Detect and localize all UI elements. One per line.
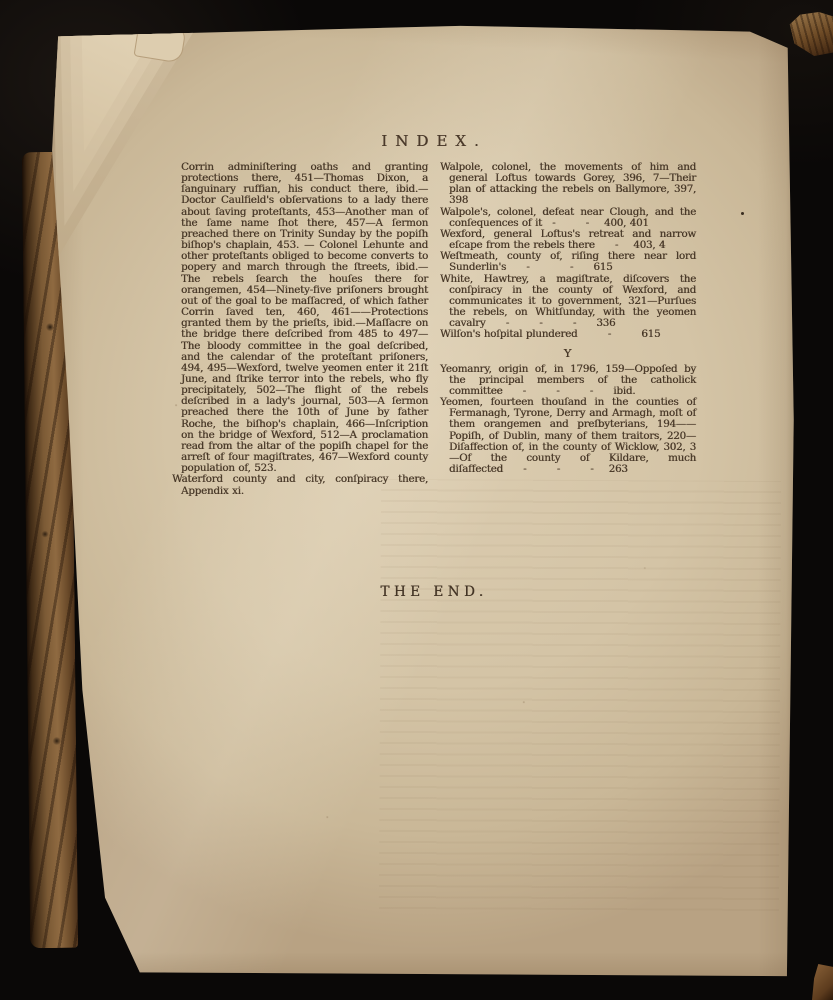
index-entry: Weſtmeath, county of, riſing there near …	[440, 251, 696, 273]
book-page: INDEX. Corrin adminiſtering oaths and gr…	[40, 22, 796, 980]
index-columns: Corrin adminiſtering oaths and granting …	[172, 162, 696, 497]
index-entry: Waterford county and city, conſpiracy th…	[172, 474, 428, 496]
page-heading: INDEX.	[172, 132, 696, 150]
index-entry: Wexford, general Loftus's retreat and na…	[440, 229, 696, 251]
index-entry: Walpole, colonel, the movements of him a…	[440, 162, 696, 207]
index-entry: White, Hawtrey, a magiſtrate, diſcovers …	[440, 274, 696, 330]
ink-speck	[741, 212, 744, 215]
spine-headband	[786, 12, 833, 56]
folded-corner-tip	[133, 20, 186, 63]
index-entry: Yeomanry, origin of, in 1796, 159—Oppoſe…	[440, 364, 696, 397]
index-entry: Wilſon's hoſpital plundered - 615	[440, 329, 696, 340]
book-photo: INDEX. Corrin adminiſtering oaths and gr…	[0, 0, 833, 1000]
index-column-left: Corrin adminiſtering oaths and granting …	[172, 162, 428, 497]
index-column-right: Walpole, colonel, the movements of him a…	[440, 162, 696, 497]
section-letter: Y	[440, 348, 696, 359]
index-entry: Yeomen, fourteen thouſand in the countie…	[440, 397, 696, 475]
index-entry: Walpole's, colonel, defeat near Clough, …	[440, 207, 696, 229]
the-end: THE END.	[172, 584, 696, 600]
text-showthrough	[379, 479, 781, 911]
index-entry: Corrin adminiſtering oaths and granting …	[172, 162, 428, 474]
fore-edge-pages	[792, 40, 833, 1000]
